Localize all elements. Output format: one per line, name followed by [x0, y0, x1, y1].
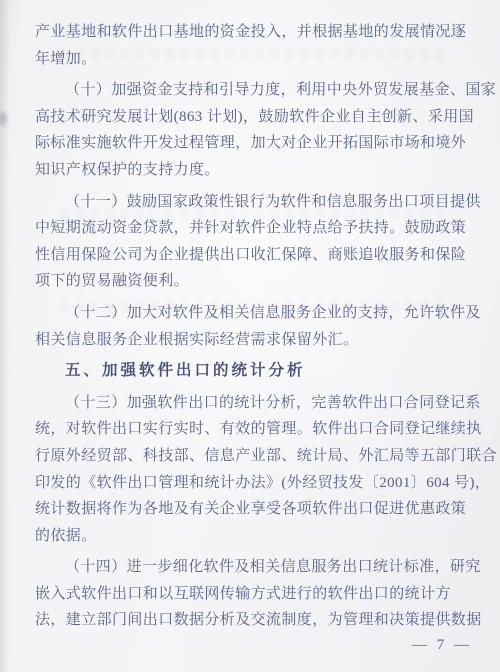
document-page: 产业基地和软件出口基地的资金投入，并根据基地的发展情况逐年增加。（十）加强资金支… — [0, 0, 500, 672]
text-line: 项下的贸易融资便利。 — [35, 268, 470, 295]
text-line: 年增加。 — [35, 46, 470, 73]
text-block: 产业基地和软件出口基地的资金投入，并根据基地的发展情况逐年增加。（十）加强资金支… — [35, 19, 470, 634]
text-line: 的依据。 — [35, 523, 470, 550]
text-line: 印发的《软件出口管理和统计办法》(外经贸技发〔2001〕604 号)， — [35, 470, 470, 497]
section-heading: 五、加强软件出口的统计分析 — [35, 358, 470, 385]
scan-smudge — [0, 112, 7, 126]
text-line: 中短期流动资金贷款，并针对软件企业特点给予扶持。鼓励政策 — [35, 215, 470, 242]
text-line: （十四）进一步细化软件及相关信息服务出口统计标准，研究 — [35, 554, 470, 581]
text-line: 相关信息服务企业根据实际经营需求保留外汇。 — [35, 327, 470, 354]
text-line: 行原外经贸部、科技部、信息产业部、统计局、外汇局等五部门联合 — [35, 443, 470, 470]
text-line: （十）加强资金支持和引导力度，利用中央外贸发展基金、国家 — [35, 77, 470, 104]
page-number: — 7 — — [412, 637, 472, 654]
text-line: 法，建立部门间出口数据分析及交流制度，为管理和决策提供数据 — [35, 607, 470, 634]
text-line: 高技术研究发展计划(863 计划)，鼓励软件企业自主创新、采用国 — [35, 104, 470, 131]
text-line: 际标准实施软件开发过程管理，加大对企业开拓国际市场和境外 — [35, 130, 470, 157]
text-line: （十一）鼓励国家政策性银行为软件和信息服务出口项目提供 — [35, 189, 470, 216]
text-line: 嵌入式软件出口和以互联网传输方式进行的软件出口的统计方 — [35, 581, 470, 608]
text-line: 统计数据将作为各地及有关企业享受各项软件出口促进优惠政策 — [35, 496, 470, 523]
text-line: 知识产权保护的支持力度。 — [35, 157, 470, 184]
text-line: 性信用保险公司为企业提供出口收汇保障、商账追收服务和保险 — [35, 242, 470, 269]
text-line: （十三）加强软件出口的统计分析，完善软件出口合同登记系 — [35, 390, 470, 417]
text-line: 统，对软件出口实行实时、有效的管理。软件出口合同登记继续执 — [35, 416, 470, 443]
text-line: （十二）加大对软件及相关信息服务企业的支持，允许软件及 — [35, 300, 470, 327]
text-line: 产业基地和软件出口基地的资金投入，并根据基地的发展情况逐 — [35, 19, 470, 46]
scan-edge-shadow — [0, 0, 10, 672]
